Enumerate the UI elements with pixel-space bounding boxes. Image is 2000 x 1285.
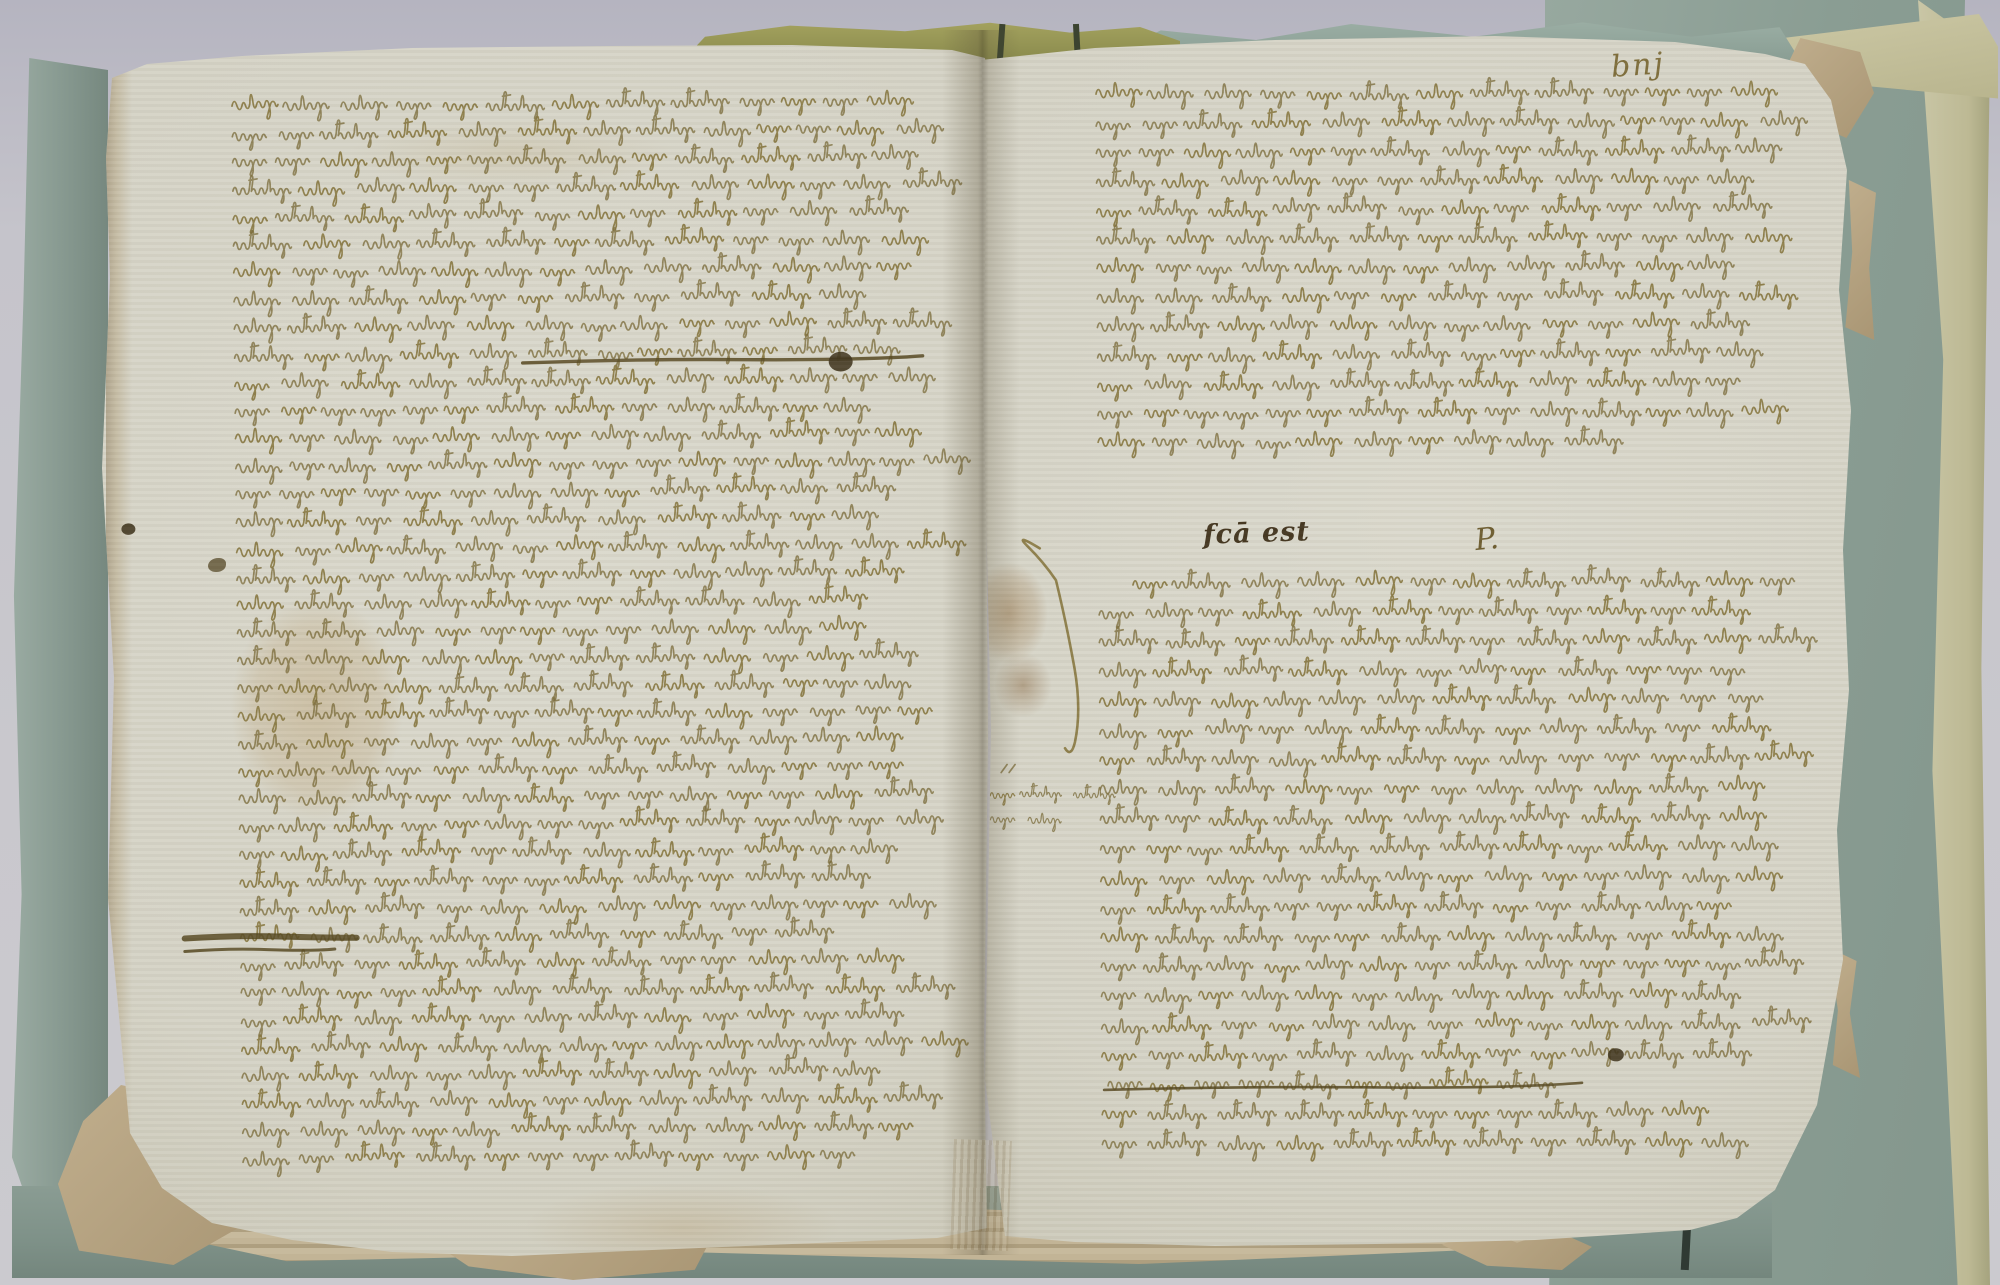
manuscript-photo: bnj fcā est P. <box>0 0 2000 1285</box>
act-heading: fcā est <box>1202 516 1310 551</box>
gutter-sheet-edges <box>950 1139 1012 1251</box>
manuscript-page-right: bnj fcā est P. <box>975 30 1880 1265</box>
manuscript-page-left <box>92 38 992 1260</box>
handwriting-right-page <box>975 25 1888 1266</box>
strikethrough-line <box>1104 1083 1582 1090</box>
folder-backing-left <box>12 58 108 1253</box>
page-worn-edge <box>106 68 132 1228</box>
paraph-mark: P. <box>1473 521 1500 558</box>
water-stain <box>202 558 432 858</box>
ink-blot <box>829 352 853 372</box>
paragraph-flourish <box>1023 540 1079 753</box>
ink-blot <box>121 523 135 535</box>
strikethrough-line <box>523 356 923 363</box>
strikethrough-line <box>185 948 335 951</box>
book-gutter-shadow <box>942 30 1020 1255</box>
water-stain <box>302 108 722 198</box>
strikethrough-line <box>185 935 357 940</box>
ink-spot <box>208 558 226 572</box>
ink-blot <box>1608 1048 1624 1061</box>
handwriting-left-page <box>91 30 1004 1261</box>
folio-number: bnj <box>1610 46 1666 85</box>
